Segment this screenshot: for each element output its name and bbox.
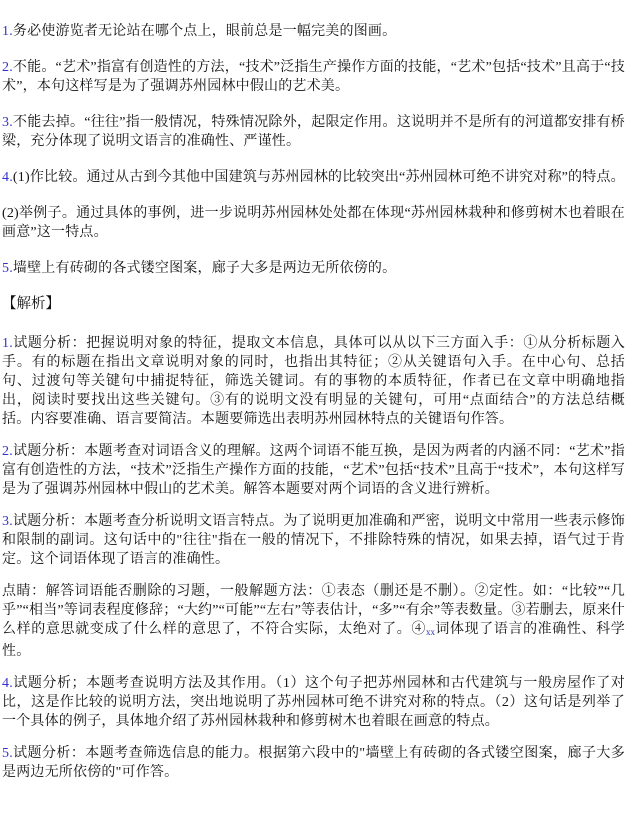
item-number: 1. — [2, 336, 13, 351]
paragraph: 5.试题分析：本题考查筛选信息的能力。根据第六段中的"墙壁上有砖砌的各式镂空图案… — [2, 744, 625, 782]
item-number: 4. — [2, 170, 13, 185]
item-number: 5. — [2, 746, 13, 761]
text-run: 务必使游览者无论站在哪个点上，眼前总是一幅完美的图画。 — [13, 24, 396, 39]
text-run: 试题分析：本题考查对词语含义的理解。这两个词语不能互换，是因为两者的内涵不同：“… — [2, 444, 625, 497]
text-run: 不能。“艺术”指富有创造性的方法，“技术”泛指生产操作方面的技能，“艺术”包括“… — [2, 60, 625, 94]
text-run: 试题分析：本题考查筛选信息的能力。根据第六段中的"墙壁上有砖砌的各式镂空图案，廊… — [2, 746, 625, 780]
paragraph: 3.不能去掉。“往往”指一般情况，特殊情况除外，起限定作用。这说明并不是所有的河… — [2, 113, 625, 151]
text-run: 试题分析；本题考查说明方法及其作用。（1）这个句子把苏州园林和古代建筑与一般房屋… — [2, 676, 625, 729]
text-run: (1)作比较。通过从古到今其他中国建筑与苏州园林的比较突出“苏州园林可绝不讲究对… — [13, 170, 625, 185]
paragraph: 1.试题分析：把握说明对象的特征，提取文本信息，具体可以从以下三方面入手：①从分… — [2, 334, 625, 429]
paragraph: 点睛：解答词语能否删除的习题，一般解题方法：①表态（删还是不删）。②定性。如：“… — [2, 582, 625, 661]
analysis-header: 【解析】 — [2, 295, 625, 314]
item-number: 3. — [2, 514, 13, 529]
paragraph: 5.墙壁上有砖砌的各式镂空图案，廊子大多是两边无所依傍的。 — [2, 259, 625, 278]
text-run: (2)举例子。通过具体的事例，进一步说明苏州园林处处都在体现“苏州园林栽种和修剪… — [2, 206, 625, 240]
paragraph: 1.务必使游览者无论站在哪个点上，眼前总是一幅完美的图画。 — [2, 22, 625, 41]
text-run: 试题分析：本题考查分析说明文语言特点。为了说明更加准确和严密，说明文中常用一些表… — [2, 514, 625, 567]
paragraph: (2)举例子。通过具体的事例，进一步说明苏州园林处处都在体现“苏州园林栽种和修剪… — [2, 204, 625, 242]
item-number: 2. — [2, 60, 13, 75]
answers-section: 1.务必使游览者无论站在哪个点上，眼前总是一幅完美的图画。2.不能。“艺术”指富… — [2, 22, 625, 278]
item-number: 1. — [2, 24, 13, 39]
item-number: 3. — [2, 115, 13, 130]
analysis-section: 1.试题分析：把握说明对象的特征，提取文本信息，具体可以从以下三方面入手：①从分… — [2, 334, 625, 782]
item-number: 5. — [2, 261, 13, 276]
paragraph: 4.试题分析；本题考查说明方法及其作用。（1）这个句子把苏州园林和古代建筑与一般… — [2, 674, 625, 731]
paragraph: 2.不能。“艺术”指富有创造性的方法，“技术”泛指生产操作方面的技能，“艺术”包… — [2, 58, 625, 96]
text-run: 墙壁上有砖砌的各式镂空图案，廊子大多是两边无所依傍的。 — [13, 261, 396, 276]
document: 1.务必使游览者无论站在哪个点上，眼前总是一幅完美的图画。2.不能。“艺术”指富… — [0, 0, 630, 782]
paragraph: 2.试题分析：本题考查对词语含义的理解。这两个词语不能互换，是因为两者的内涵不同… — [2, 442, 625, 499]
item-number: 2. — [2, 444, 13, 459]
placeholder-xx: xx — [426, 627, 435, 637]
item-number: 4. — [2, 676, 13, 691]
text-run: 试题分析：把握说明对象的特征，提取文本信息，具体可以从以下三方面入手：①从分析标… — [2, 336, 625, 427]
paragraph: 3.试题分析：本题考查分析说明文语言特点。为了说明更加准确和严密，说明文中常用一… — [2, 512, 625, 569]
text-run: 不能去掉。“往往”指一般情况，特殊情况除外，起限定作用。这说明并不是所有的河道都… — [2, 115, 625, 149]
paragraph: 4.(1)作比较。通过从古到今其他中国建筑与苏州园林的比较突出“苏州园林可绝不讲… — [2, 168, 625, 187]
